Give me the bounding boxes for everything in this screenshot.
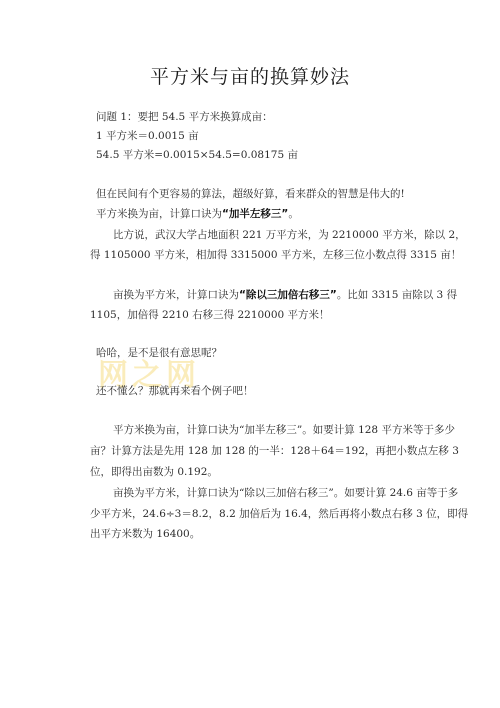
rule-text: 平方米换为亩，计算口诀为	[96, 208, 222, 220]
problem-line: 问题 1：要把 54.5 平方米换算成亩：	[96, 110, 273, 124]
intro-line: 但在民间有个更容易的算法，超级好算，看来群众的智慧是伟大的!	[96, 187, 405, 201]
rule-line-1: 平方米换为亩，计算口诀为“加半左移三”。	[96, 207, 299, 221]
example2-line-1: 平方米换为亩，计算口诀为“加半左移三”。如要计算 128 平方米等于多少	[113, 423, 455, 437]
remark-line: 哈哈，是不是很有意思呢？	[96, 346, 222, 360]
formula-line-2: 54.5 平方米=0.0015×54.5=0.08175 亩	[96, 148, 298, 162]
example3-line-1: 亩换为平方米，计算口诀为“除以三加倍右移三”。如要计算 24.6 亩等于多	[113, 486, 458, 500]
formula-line-1: 1 平方米＝0.0015 亩	[96, 129, 199, 143]
example3-line-3: 出平方米数为 16400。	[90, 527, 200, 541]
example3-line-2: 少平方米，24.6÷3＝8.2，8.2 加倍后为 16.4，然后再将小数点右移 …	[90, 507, 468, 521]
rule-line-2: 亩换为平方米，计算口诀为“除以三加倍右移三”。比如 3315 亩除以 3 得	[113, 288, 457, 302]
example-line-1: 比方说，武汉大学占地面积 221 万平方米，为 2210000 平方米，除以 2…	[113, 228, 466, 242]
example-line-3: 1105，加倍得 2210 右移三得 2210000 平方米！	[90, 308, 330, 322]
rule-end: 。	[288, 208, 299, 220]
remark-line-2: 还不懂么？那就再来看个例子吧！	[96, 384, 254, 398]
rule-mnemonic: “加半左移三”	[222, 208, 288, 220]
rule-mnemonic: “除以三加倍右移三”	[239, 289, 337, 301]
rule-end: 。比如 3315 亩除以 3 得	[337, 289, 457, 301]
rule-text: 亩换为平方米，计算口诀为	[113, 289, 239, 301]
page-title: 平方米与亩的换算妙法	[0, 62, 500, 89]
example2-line-3: 位，即得出亩数为 0.192。	[90, 465, 218, 479]
example2-line-2: 亩？计算方法是先用 128 加 128 的一半：128＋64＝192，再把小数点…	[90, 444, 459, 458]
example-line-2: 得 1105000 平方米，相加得 3315000 平方米，左移三位小数点得 3…	[90, 248, 461, 262]
